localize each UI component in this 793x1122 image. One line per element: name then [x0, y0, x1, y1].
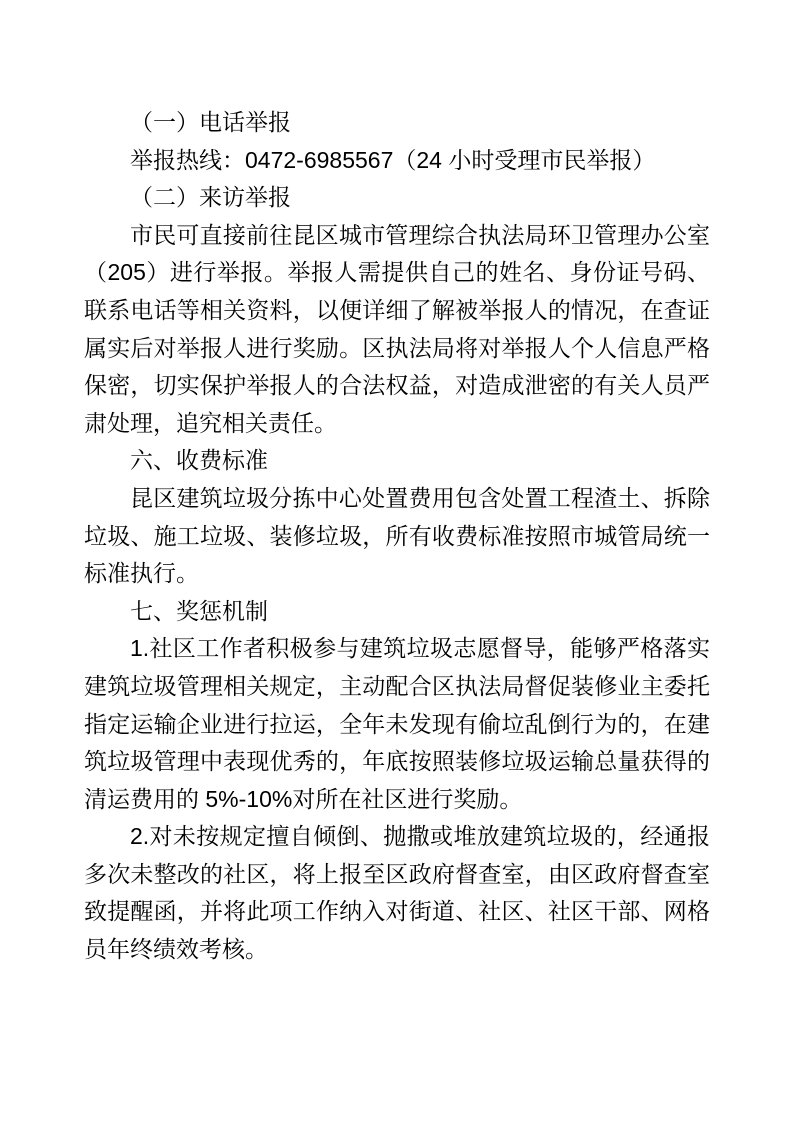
- reward-paragraph: 1.社区工作者积极参与建筑垃圾志愿督导，能够严格落实建筑垃圾管理相关规定，主动配…: [84, 630, 710, 818]
- document-text-block: （一）电话举报 举报热线：0472-6985567（24 小时受理市民举报） （…: [84, 104, 710, 969]
- section-heading-fees: 六、收费标准: [84, 442, 710, 480]
- hotline-line: 举报热线：0472-6985567（24 小时受理市民举报）: [84, 142, 710, 180]
- section-heading-rewards: 七、奖惩机制: [84, 593, 710, 631]
- visit-report-paragraph: 市民可直接前往昆区城市管理综合执法局环卫管理办公室（205）进行举报。举报人需提…: [84, 217, 710, 443]
- document-page: （一）电话举报 举报热线：0472-6985567（24 小时受理市民举报） （…: [0, 0, 793, 1122]
- fees-paragraph: 昆区建筑垃圾分拣中心处置费用包含处置工程渣土、拆除垃圾、施工垃圾、装修垃圾，所有…: [84, 480, 710, 593]
- section-heading-visit-report: （二）来访举报: [84, 179, 710, 217]
- penalty-paragraph: 2.对未按规定擅自倾倒、抛撒或堆放建筑垃圾的，经通报多次未整改的社区，将上报至区…: [84, 818, 710, 968]
- section-heading-phone-report: （一）电话举报: [84, 104, 710, 142]
